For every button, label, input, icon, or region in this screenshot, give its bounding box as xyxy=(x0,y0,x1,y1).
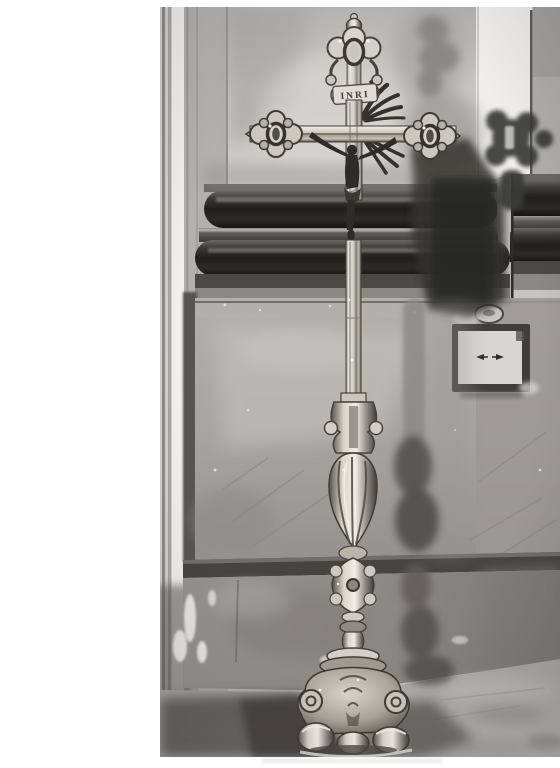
photo-page: INRI xyxy=(0,0,560,768)
paper-smudge xyxy=(262,758,442,763)
photograph: INRI xyxy=(0,0,560,768)
photo-area: INRI xyxy=(158,5,560,758)
photo-vignette xyxy=(160,7,560,757)
